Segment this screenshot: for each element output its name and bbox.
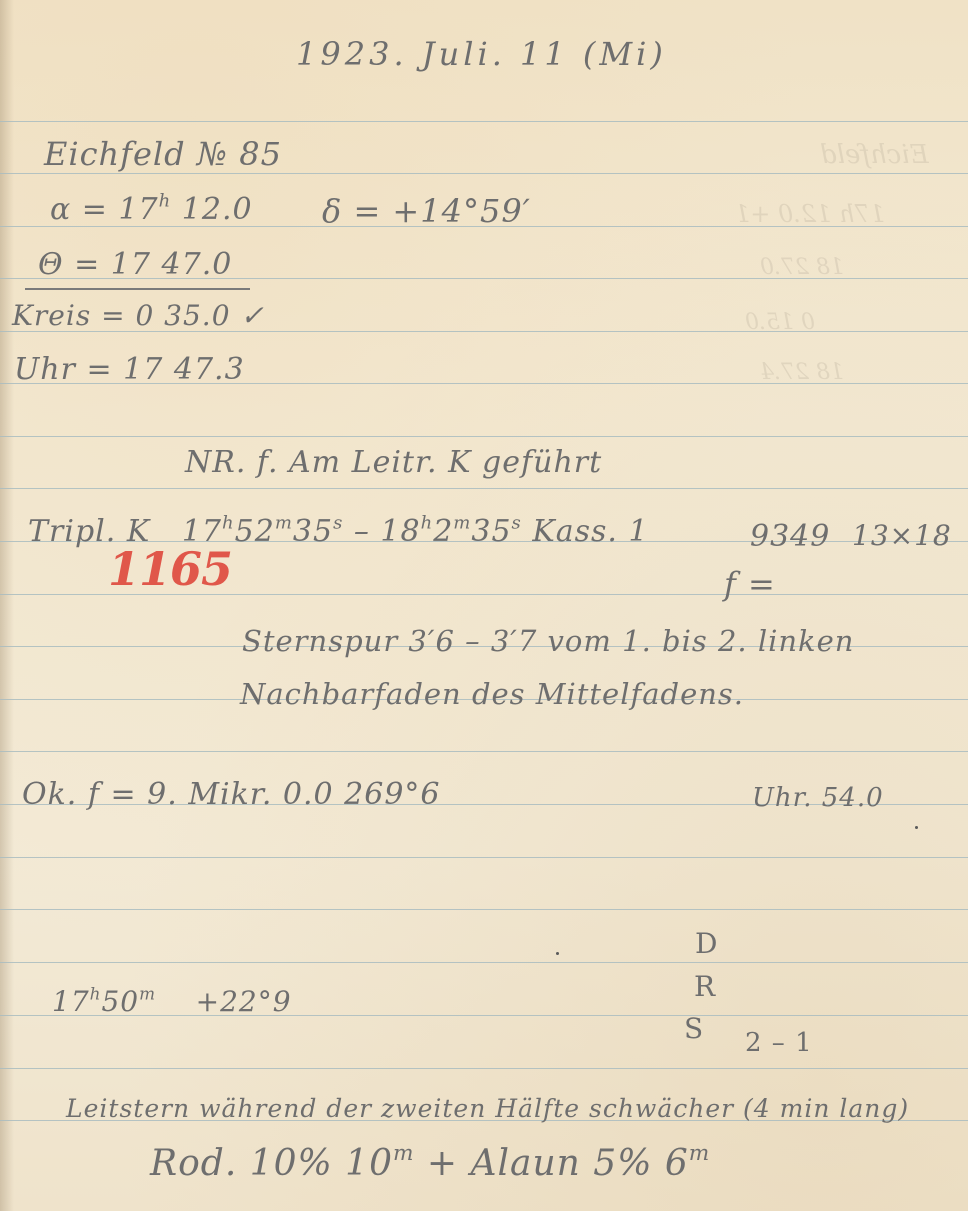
ocular-clock: Uhr. 54.0 <box>752 785 884 811</box>
ruled-line <box>0 121 968 122</box>
right-ascension: α = 17h 12.0 <box>50 195 253 225</box>
page-spine-shadow <box>0 0 14 1211</box>
pencil-dot <box>556 952 559 955</box>
bleed-through-text: 17h 12.0 +1 <box>735 200 885 228</box>
ocular-micrometer-line: Ok. f = 9. Mikr. 0.0 269°6 <box>22 780 441 810</box>
guide-star-remark: Leitstern während der zweiten Hälfte sch… <box>66 1096 909 1121</box>
pencil-dot <box>915 826 918 829</box>
field-title: Eichfeld № 85 <box>44 138 282 170</box>
red-plate-annotation: 1165 <box>108 546 232 592</box>
bleed-through-text: 18 27.4 <box>760 360 844 385</box>
bleed-through-text: 18 27.0 <box>760 255 844 280</box>
position-coordinates: 17h50m +22°9 <box>52 988 292 1016</box>
drs-value: 2 – 1 <box>745 1030 813 1056</box>
ruled-line <box>0 488 968 489</box>
plate-size: 13×18 <box>852 522 952 550</box>
position-ra: 17h50m <box>52 985 156 1018</box>
drs-letter-r: R <box>694 973 716 1001</box>
notebook-page: Eichfeld 17h 12.0 +1 18 27.0 0 15.0 18 2… <box>0 0 968 1211</box>
ruled-line <box>0 173 968 174</box>
declination: δ = +14°59′ <box>322 195 531 227</box>
position-dec: +22°9 <box>196 985 292 1018</box>
star-trail-note-line2: Nachbarfaden des Mittelfadens. <box>240 680 744 709</box>
ruled-line <box>0 436 968 437</box>
developer-recipe: Rod. 10% 10m + Alaun 5% 6m <box>150 1146 710 1182</box>
alpha-hour-unit: h <box>159 190 172 211</box>
drs-letter-s: S <box>684 1015 704 1043</box>
range-dash: – <box>343 514 380 549</box>
bleed-through-text: Eichfeld <box>820 140 929 170</box>
ruled-line <box>0 857 968 858</box>
alpha-value: 12.0 <box>182 192 253 227</box>
sidereal-time: Θ = 17 47.0 <box>38 250 232 280</box>
plate-number: 9349 <box>750 522 830 552</box>
ruled-line <box>0 962 968 963</box>
date-header: 1923. Juli. 11 (Mi) <box>296 38 667 70</box>
ruled-line <box>0 1068 968 1069</box>
ruled-line <box>0 909 968 910</box>
sum-underline <box>25 288 250 290</box>
cassette: Kass. 1 <box>532 514 648 549</box>
ruled-line <box>0 751 968 752</box>
focus-equals: f = <box>724 568 776 600</box>
clock-reading: Uhr = 17 47.3 <box>14 355 245 385</box>
star-trail-note-line1: Sternspur 3′6 – 3′7 vom 1. bis 2. linken <box>242 627 854 656</box>
drs-letter-d: D <box>695 930 718 958</box>
guide-star-note: NR. f. Am Leitr. K geführt <box>185 448 602 478</box>
alpha-label: α = 17 <box>50 192 159 227</box>
circle-reading: Kreis = 0 35.0 ✓ <box>12 302 265 330</box>
exposure-end: 18h2m35s <box>380 514 521 549</box>
bleed-through-text: 0 15.0 <box>745 310 815 335</box>
